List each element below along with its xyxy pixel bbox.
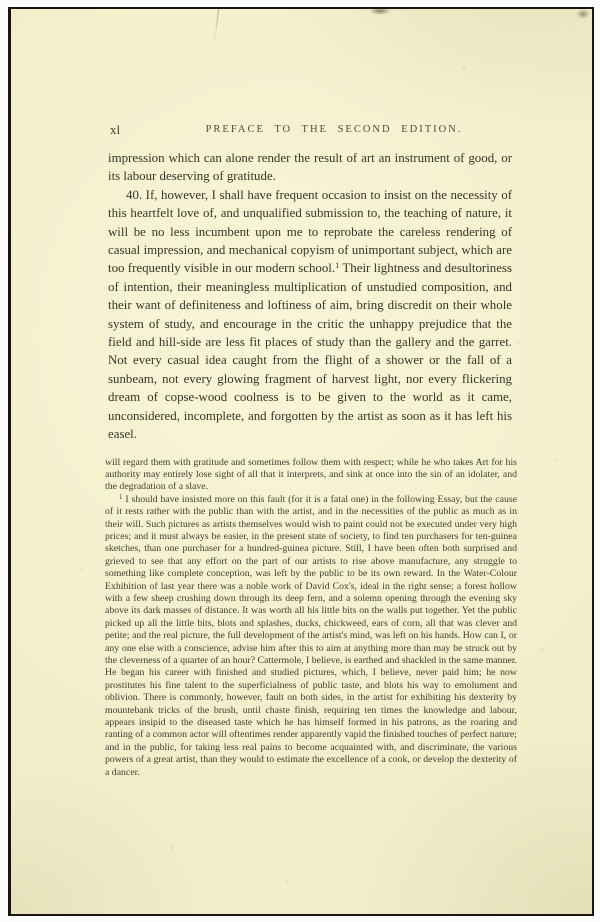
page-header: xl PREFACE TO THE SECOND EDITION. — [11, 122, 592, 139]
paragraph-40-text-after-note: Their lightness and desultoriness of int… — [108, 261, 512, 441]
running-header-title: PREFACE TO THE SECOND EDITION. — [108, 124, 560, 135]
paper-speckles — [11, 9, 13, 11]
paper-blemish-corner — [576, 9, 590, 19]
page-edge-frame: xl PREFACE TO THE SECOND EDITION. impres… — [8, 7, 594, 916]
footnote-block: will regard them with gratitude and some… — [105, 457, 517, 780]
paragraph-40: 40. If, however, I shall have frequent o… — [108, 186, 512, 444]
footnote-continuation: will regard them with gratitude and some… — [105, 457, 517, 494]
footnote-1-marker: 1 — [119, 493, 123, 501]
paragraph-continuation: impression which can alone render the re… — [108, 149, 512, 186]
paper-scratch — [214, 9, 219, 43]
main-text-block: impression which can alone render the re… — [108, 149, 512, 444]
footnote-1-text: I should have insisted more on this faul… — [105, 494, 517, 778]
footnote-reference-marker: 1 — [335, 260, 339, 270]
footnote-1: 1 I should have insisted more on this fa… — [105, 494, 517, 779]
book-page: xl PREFACE TO THE SECOND EDITION. impres… — [11, 9, 592, 914]
scanned-book-page: xl PREFACE TO THE SECOND EDITION. impres… — [0, 0, 600, 922]
paper-blemish-top — [369, 9, 391, 15]
